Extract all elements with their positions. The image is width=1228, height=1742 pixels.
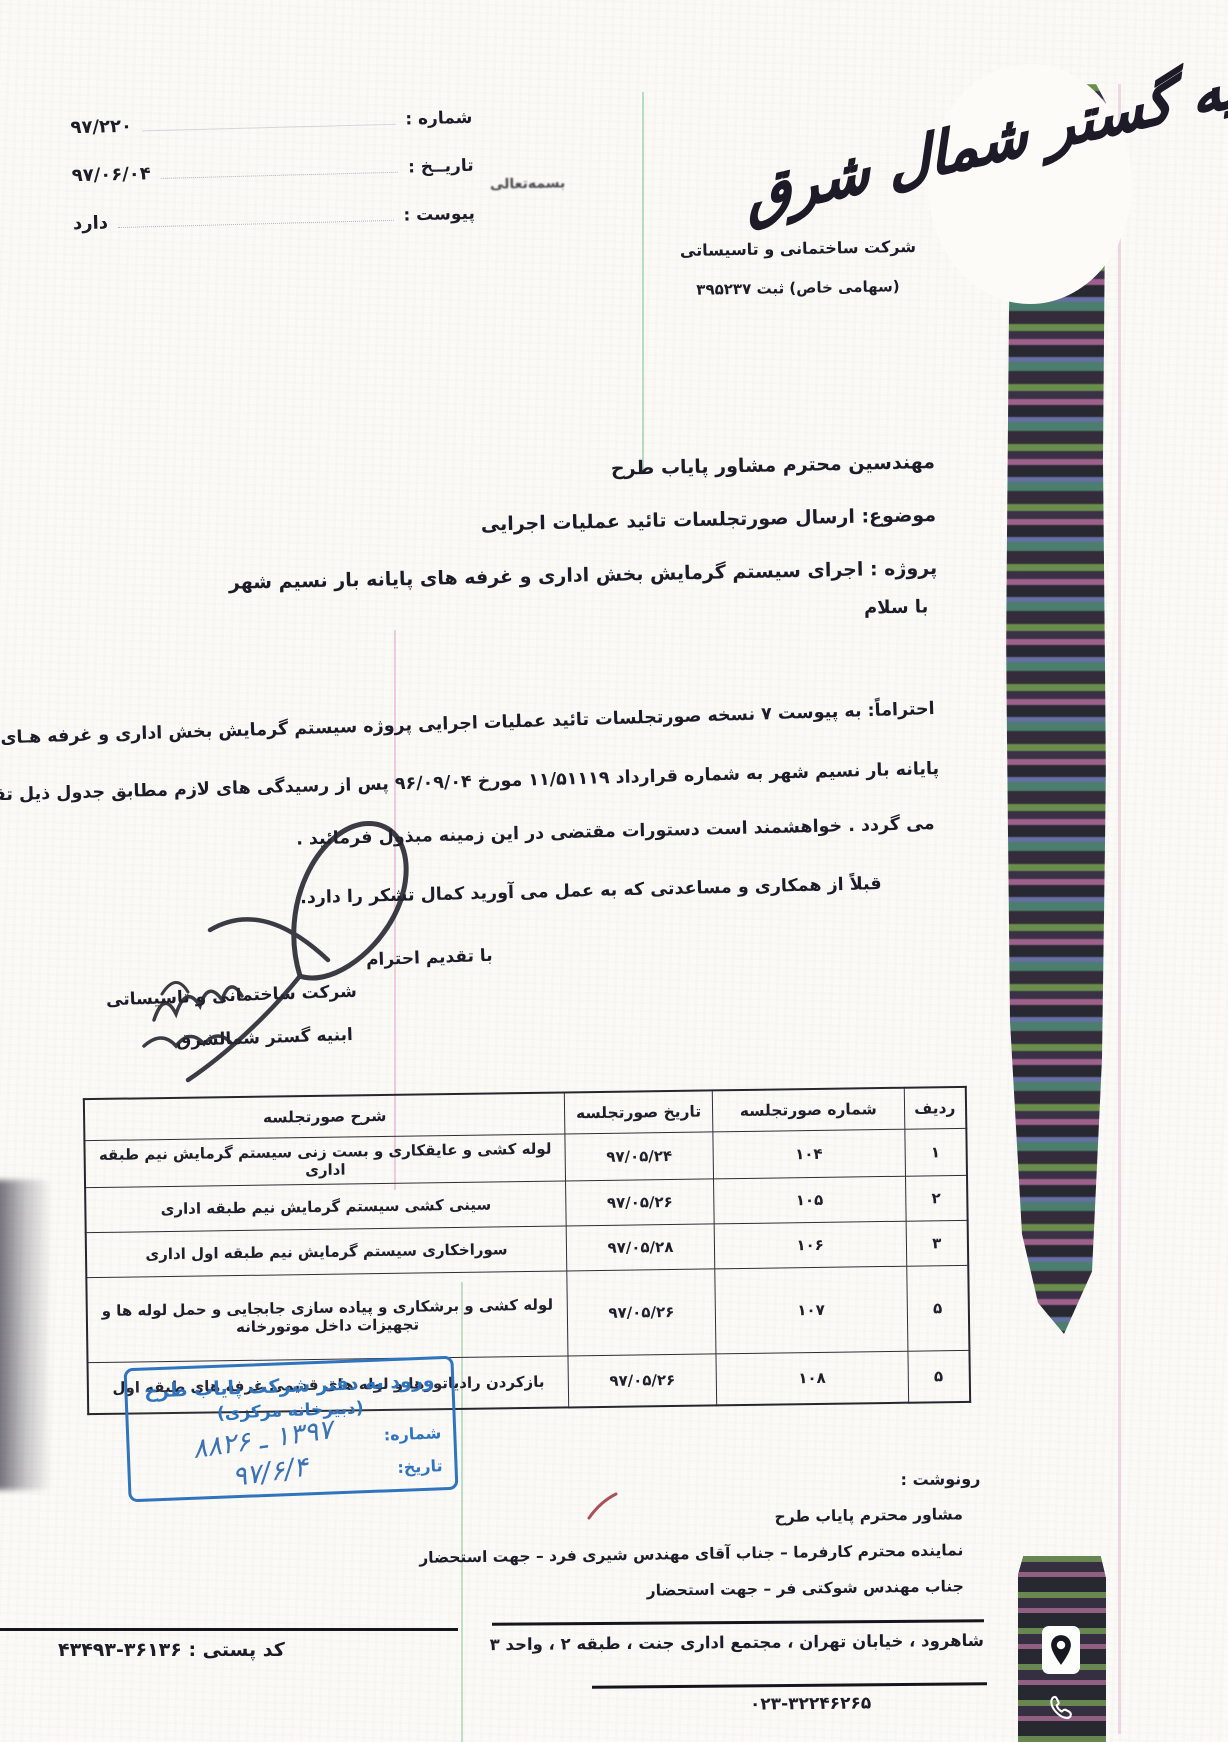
cell-minute-number: ۱۰۷ (715, 1266, 908, 1354)
dotted-leader (142, 110, 396, 132)
date-value: ۹۷/۰۶/۰۴ (71, 163, 151, 186)
cell-row-number: ۱ (904, 1128, 967, 1176)
cell-minute-number: ۱۰۶ (714, 1221, 906, 1269)
meta-date-row: تاریــخ : ۹۷/۰۶/۰۴ (71, 155, 473, 187)
meta-number-row: شماره : ۹۷/۲۲۰ (70, 107, 472, 139)
location-pin-chip (1042, 1626, 1080, 1674)
cell-minute-number: ۱۰۴ (713, 1129, 905, 1179)
col-header-minute-number: شماره صورتجلسه (712, 1088, 904, 1132)
attachment-value: دارد (73, 212, 109, 234)
body-line-1: احتراماً: به پیوست ۷ نسخه صورتجلسات تائی… (1, 699, 936, 748)
attachment-label: پیوست : (403, 204, 475, 226)
cell-minute-description: سینی کشی سیستم گرمایش نیم طبقه اداری (85, 1181, 566, 1233)
number-label: شماره : (405, 108, 473, 130)
salutation: با سلام (863, 596, 928, 618)
dotted-leader (161, 158, 399, 179)
meta-attachment-row: پیوست : دارد (73, 203, 475, 235)
dotted-leader (118, 206, 394, 228)
scanner-edge-strip-bottom (1018, 1556, 1106, 1742)
cell-row-number: ۵ (906, 1265, 969, 1351)
handwritten-signature (92, 808, 452, 1108)
besmele-text: بسمه‌تعالی (490, 175, 565, 192)
cell-minute-number: ۱۰۵ (713, 1176, 905, 1224)
cc-item: جناب مهندس شوکتی فر – جهت استحضار (419, 1568, 964, 1612)
letter-meta-block: شماره : ۹۷/۲۲۰ تاریــخ : ۹۷/۰۶/۰۴ پیوست … (70, 107, 476, 261)
cell-minute-date: ۹۷/۰۵/۲۶ (568, 1354, 717, 1408)
cell-minute-date: ۹۷/۰۵/۲۴ (565, 1132, 713, 1181)
number-value: ۹۷/۲۲۰ (70, 116, 132, 139)
footer-divider-2 (592, 1682, 987, 1688)
receipt-stamp: ورود به دفتر شرکت پایاب طرح (دبیرخانه مر… (124, 1356, 459, 1503)
phone-icon (1047, 1694, 1075, 1722)
cell-row-number: ۵ (907, 1350, 970, 1402)
postal-code: کد پستی : ۳۶۱۳۶-۴۳۴۹۳ (58, 1639, 285, 1661)
company-registration: (سهامی خاص) ثبت ۳۹۵۲۳۷ (626, 270, 970, 306)
col-header-minute-date: تاریخ صورتجلسه (564, 1090, 712, 1134)
cc-block: رونوشت : مشاور محترم پایاب طرح نماینده م… (418, 1462, 982, 1612)
company-type: شرکت ساختمانی و تاسیساتی (626, 231, 970, 267)
cell-minute-date: ۹۷/۰۵/۲۶ (566, 1179, 714, 1226)
cell-row-number: ۲ (905, 1175, 968, 1221)
footer-divider-left (0, 1628, 458, 1631)
location-pin-icon (1049, 1633, 1073, 1667)
stamp-date-label: تاریخ: (397, 1456, 443, 1477)
table-row: ۵ ۱۰۷ ۹۷/۰۵/۲۶ لوله کشی و برشکاری و پیاد… (86, 1265, 969, 1362)
body-line-2: پایانه بار نسیم شهر به شماره قرارداد ۱۱/… (0, 759, 939, 806)
company-address: شاهرود ، خیابان تهران ، مجتمع اداری جنت … (492, 1631, 984, 1654)
cell-minute-description: سوراخکاری سیستم گرمایش نیم طبقه اول ادار… (86, 1226, 567, 1278)
scan-left-smudge (0, 1180, 52, 1490)
cell-minute-date: ۹۷/۰۵/۲۸ (566, 1224, 714, 1271)
date-label: تاریــخ : (408, 156, 474, 178)
scanned-letter-page: شماره : ۹۷/۲۲۰ تاریــخ : ۹۷/۰۶/۰۴ پیوست … (0, 0, 1228, 1742)
phone-chip (1042, 1686, 1080, 1730)
cell-minute-description: لوله کشی و برشکاری و پیاده سازی جابجایی … (86, 1271, 568, 1363)
scan-fold-line (1118, 84, 1121, 1734)
cell-row-number: ۳ (906, 1220, 969, 1266)
phone-number: ۰۲۳-۳۲۲۴۶۲۶۵ (750, 1693, 871, 1714)
cell-minute-date: ۹۷/۰۵/۲۶ (567, 1269, 716, 1356)
company-name-block: شرکت ساختمانی و تاسیساتی (سهامی خاص) ثبت… (626, 234, 970, 303)
footer-divider-right (492, 1619, 984, 1625)
col-header-row-number: ردیف (904, 1087, 967, 1129)
handwritten-check-mark (586, 1492, 620, 1522)
cell-minute-number: ۱۰۸ (716, 1351, 908, 1405)
cell-minute-description: لوله کشی و عایقکاری و بست زنی سیستم گرما… (84, 1134, 565, 1188)
letter-head-block: مهندسین محترم مشاور پایاب طرح موضوع: ارس… (226, 436, 938, 610)
